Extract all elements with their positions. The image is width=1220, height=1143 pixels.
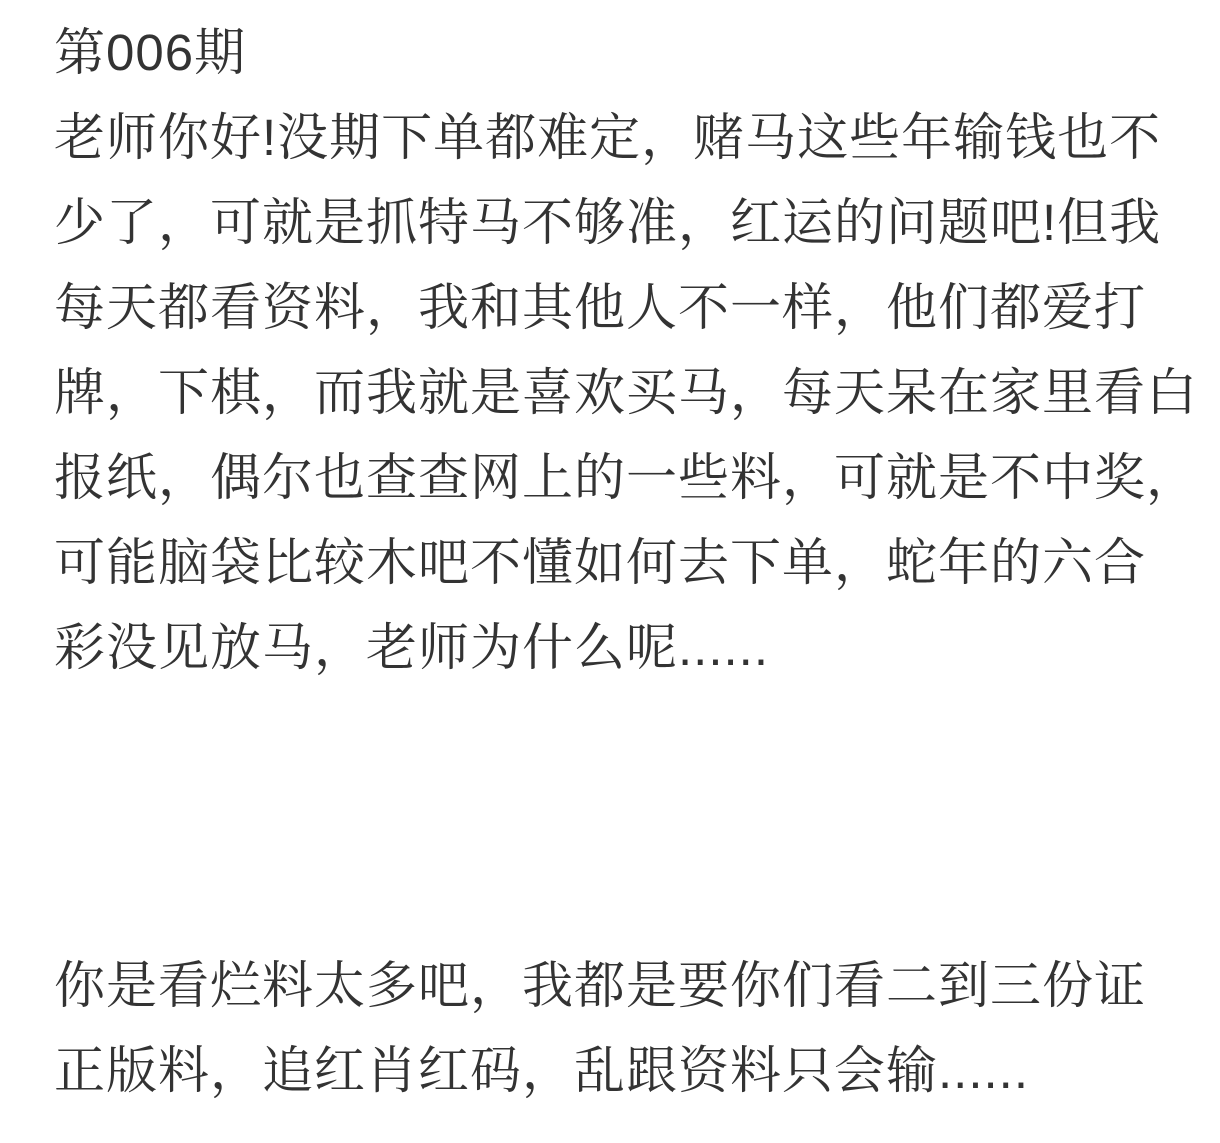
question-line: 老师你好!没期下单都难定，赌马这些年输钱也不 [54, 95, 1166, 180]
question-line: 少了，可就是抓特马不够准，红运的问题吧!但我 [54, 180, 1166, 265]
answer-line: 你是看烂料太多吧，我都是要你们看二到三份证 [54, 943, 1166, 1028]
question-line: 彩没见放马，老师为什么呢...... [54, 605, 1166, 690]
question-line: 报纸，偶尔也查查网上的一些料，可就是不中奖， [54, 435, 1166, 520]
question-line: 可能脑袋比较木吧不懂如何去下单，蛇年的六合 [54, 520, 1166, 605]
issue-heading: 第006期 [54, 10, 1166, 95]
answer-line: 正版料，追红肖红码，乱跟资料只会输...... [54, 1028, 1166, 1113]
question-line: 每天都看资料，我和其他人不一样，他们都爱打 [54, 265, 1166, 350]
question-line: 牌，下棋，而我就是喜欢买马，每天呆在家里看白 [54, 350, 1166, 435]
document-body: 第006期 老师你好!没期下单都难定，赌马这些年输钱也不 少了，可就是抓特马不够… [0, 0, 1220, 1143]
paragraph-gap [54, 690, 1166, 943]
